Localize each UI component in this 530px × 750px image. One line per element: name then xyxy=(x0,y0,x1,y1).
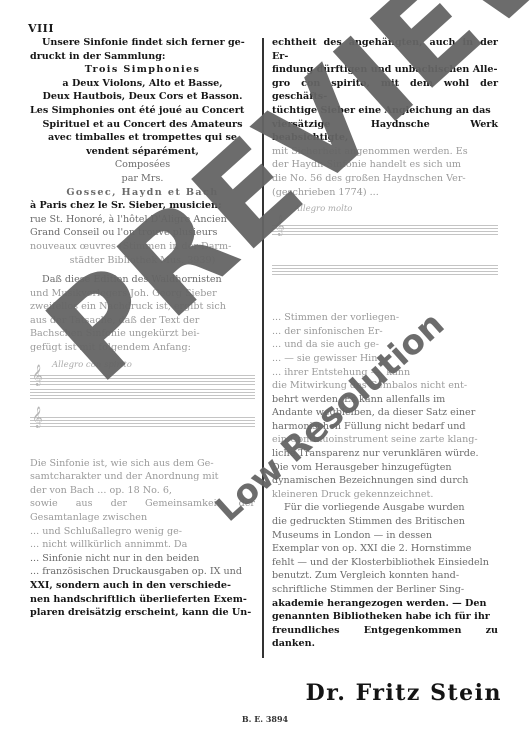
text-line: ... ihrer Entstehung —, kann xyxy=(272,366,498,380)
text-line: genannten Bibliotheken habe ich für ihr xyxy=(272,610,498,624)
text-line: Daß diese Edition des Waldhornisten xyxy=(30,273,255,287)
text-line: XXI, sondern auch in den verschiede- xyxy=(30,579,255,593)
treble-clef-icon: 𝄞 xyxy=(32,369,43,383)
text-line: Museums in London — in dessen xyxy=(272,529,498,543)
score-preface-page: VIII Unsere Sinfonie findet sich ferner … xyxy=(0,0,530,750)
text-line: Bachschen Sinfonie ungekürzt bei- xyxy=(30,327,255,341)
text-line: ... Stimmen der vorliegen- xyxy=(272,311,498,325)
text-line: Die vom Herausgeber hinzugefügten xyxy=(272,461,498,475)
title-line: Trois Simphonies xyxy=(30,63,255,77)
intro-line-1: Unsere Sinfonie findet sich ferner ge- xyxy=(30,36,255,50)
intro-line-2: druckt in der Sammlung: xyxy=(30,50,255,64)
text-line: die gedruckten Stimmen des Britischen xyxy=(272,515,498,529)
paragraph-3: Für die vorliegende Ausgabe wurden die g… xyxy=(272,501,498,651)
text-line: die No. 56 des großen Haydnschen Ver- xyxy=(272,172,498,186)
title-line: Deux Hautbois, Deux Cors et Basson. xyxy=(30,90,255,104)
text-line: Exemplar von op. XXI die 2. Hornstimme xyxy=(272,542,498,556)
text-line: tüchtige Sieber eine Angleichung an das xyxy=(272,104,498,118)
text-line: ... und Schlußallegro wenig ge- xyxy=(30,525,255,539)
text-line: schriftliche Stimmen der Berliner Sing- xyxy=(272,583,498,597)
title-line: Grand Conseil ou l'on trouve plusieurs xyxy=(30,226,255,240)
text-line: kleineren Druck gekennzeichnet. xyxy=(272,488,498,502)
text-line: ... Sinfonie nicht nur in den beiden xyxy=(30,552,255,566)
title-line: avec timballes et trompettes qui se xyxy=(30,131,255,145)
title-line: à Paris chez le Sr. Sieber, musicien; xyxy=(30,199,255,213)
text-line: fehlt — und der Klosterbibliothek Einsie… xyxy=(272,556,498,570)
text-line: zweifellos ein Nachdruck ist, ergibt sic… xyxy=(30,300,255,314)
text-line: Für die vorliegende Ausgabe wurden xyxy=(272,501,498,515)
title-line: nouveaux œuvres (Stimmen in der Darm- xyxy=(30,240,255,254)
tempo-marking: Allegro molto xyxy=(294,203,352,217)
paragraph-3: Die Sinfonie ist, wie sich aus dem Ge- s… xyxy=(30,457,255,620)
title-line: a Deux Violons, Alto et Basse, xyxy=(30,77,255,91)
text-line: mit Sicherheit angenommen werden. Es xyxy=(272,145,498,159)
treble-clef-icon: 𝄞 xyxy=(274,219,285,233)
tempo-marking: Allegro con spirito xyxy=(52,359,132,373)
plate-number: B. E. 3894 xyxy=(0,714,530,724)
text-line: (geschrieben 1774) ... xyxy=(272,186,498,200)
right-column: echtheit des angehängten, auch in der Er… xyxy=(272,36,498,651)
music-example-left: Allegro con spirito 𝄞 𝄞 xyxy=(30,359,255,449)
text-line: ... — sie gewisser Hin- xyxy=(272,352,498,366)
text-line: der von Bach ... op. 18 No. 6, xyxy=(30,484,255,498)
title-line: vendent séparément, xyxy=(30,145,255,159)
text-line: nen handschriftlich überlieferten Exem- xyxy=(30,593,255,607)
text-line: benutzt. Zum Vergleich konnten hand- xyxy=(272,569,498,583)
title-line: städter Bibliothek Mus. 3939) xyxy=(30,254,255,268)
edition-title-block: Trois Simphonies a Deux Violons, Alto et… xyxy=(30,63,255,267)
column-divider xyxy=(262,38,264,658)
staff xyxy=(30,375,255,387)
title-line: Gossec, Haydn et Bach xyxy=(30,186,255,200)
text-line: behrt werden. Es kann allenfalls im xyxy=(272,393,498,407)
staff xyxy=(30,389,255,401)
staff xyxy=(272,225,498,237)
paragraph-2: ... Stimmen der vorliegen- ... der sinfo… xyxy=(272,311,498,501)
text-line: echtheit des angehängten, auch in der Er… xyxy=(272,36,498,63)
text-line: gefügt ist mit folgendem Anfang: xyxy=(30,341,255,355)
text-line: akademie herangezogen werden. — Den xyxy=(272,597,498,611)
text-line: dynamischen Bezeichnungen sind durch xyxy=(272,474,498,488)
text-line: ... und da sie auch ge- xyxy=(272,338,498,352)
treble-clef-icon: 𝄞 xyxy=(32,411,43,425)
text-line: samtcharakter und der Anordnung mit xyxy=(30,470,255,484)
title-line: Les Simphonies ont été joué au Concert xyxy=(30,104,255,118)
text-line: der Haydn-Sinfonie handelt es sich um xyxy=(272,158,498,172)
text-line: ... der sinfonischen Er- xyxy=(272,325,498,339)
title-line: rue St. Honoré, à l'hôtel D'Aligre Ancie… xyxy=(30,213,255,227)
paragraph-1: echtheit des angehängten, auch in der Er… xyxy=(272,36,498,199)
text-line: und Musikverlegers Joh. Georg Sieber xyxy=(30,287,255,301)
paragraph-2: Daß diese Edition des Waldhornisten und … xyxy=(30,273,255,355)
text-line: sowie aus der Gemeinsamkeit der Gesamtan… xyxy=(30,497,255,524)
text-line: aus der Tatsache, daß der Text der xyxy=(30,314,255,328)
title-line: par Mrs. xyxy=(30,172,255,186)
text-line: liche Transparenz nur verunklären würde. xyxy=(272,447,498,461)
left-column: Unsere Sinfonie findet sich ferner ge- d… xyxy=(30,36,255,620)
staff xyxy=(30,417,255,429)
text-line: Die Sinfonie ist, wie sich aus dem Ge- xyxy=(30,457,255,471)
text-line: findung dürftigen und unbachischen Alle- xyxy=(272,63,498,77)
text-line: harmonischen Füllung nicht bedarf und xyxy=(272,420,498,434)
text-line: gro con spirito, mit dem wohl der geschä… xyxy=(272,77,498,104)
music-example-right: Allegro molto 𝄞 xyxy=(272,203,498,303)
title-line: Composées xyxy=(30,158,255,172)
text-line: ... französischen Druckausgaben op. IX u… xyxy=(30,565,255,579)
text-line: freundliches Entgegenkommen zu danken. xyxy=(272,624,498,651)
staff xyxy=(272,265,498,277)
text-line: Andante wegbleiben, da dieser Satz einer xyxy=(272,406,498,420)
title-line: Spirituel et au Concert des Amateurs xyxy=(30,118,255,132)
text-line: viersätzige Haydnsche Werk beabsichtigte… xyxy=(272,118,498,145)
page-number: VIII xyxy=(28,22,54,35)
text-line: ein Continuoinstrument seine zarte klang… xyxy=(272,433,498,447)
text-line: ... nicht willkürlich annimmt. Da xyxy=(30,538,255,552)
author-signature: Dr. Fritz Stein xyxy=(306,680,502,706)
text-line: plaren dreisätzig erscheint, kann die Un… xyxy=(30,606,255,620)
text-line: die Mitwirkung des Cembalos nicht ent- xyxy=(272,379,498,393)
